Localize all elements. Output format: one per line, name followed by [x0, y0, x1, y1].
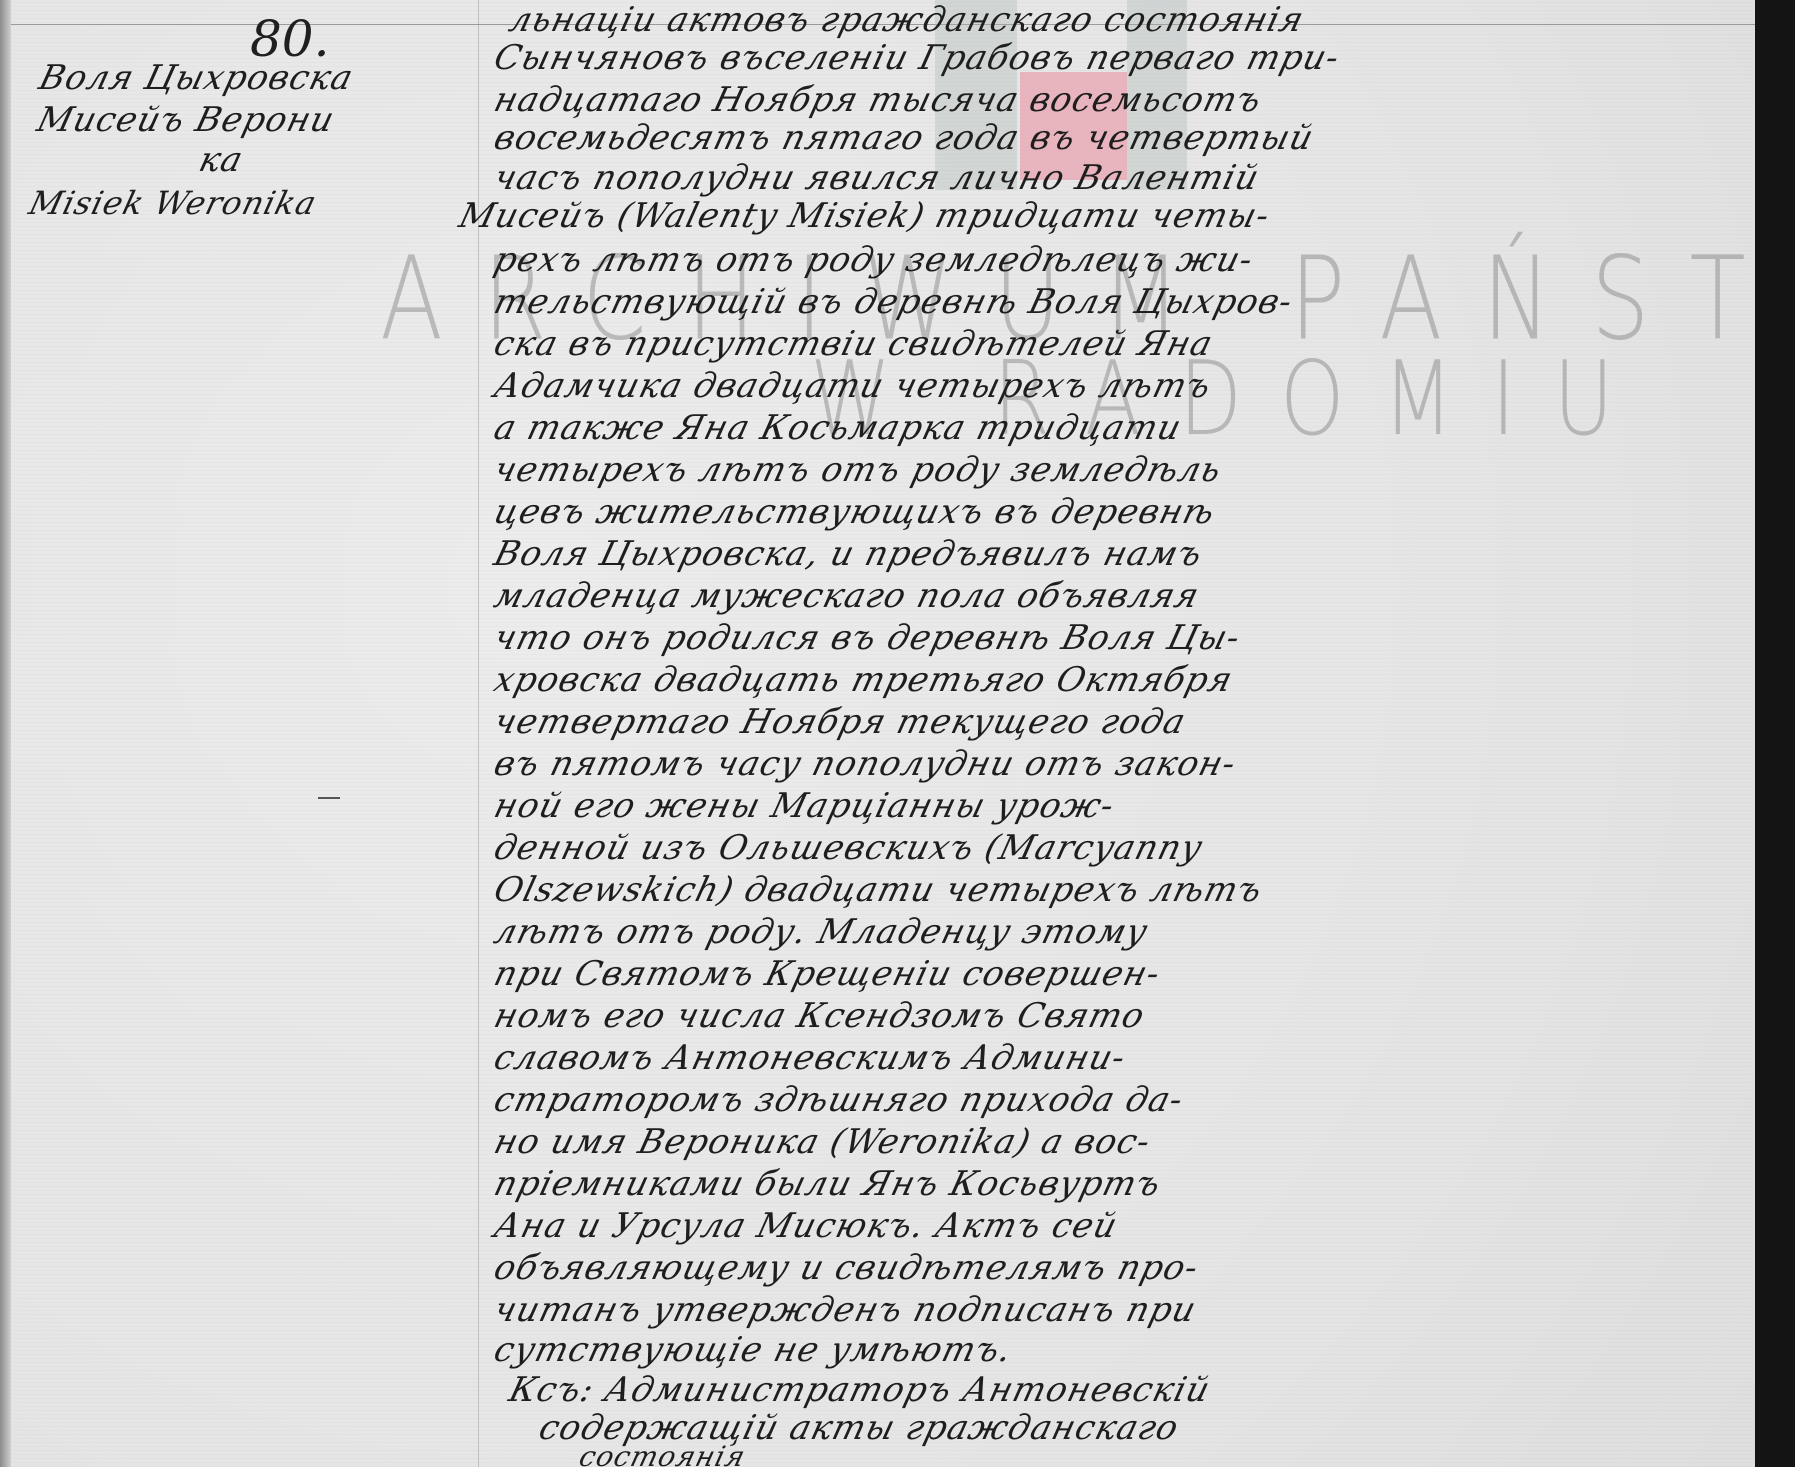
body-line: сутствующіе не умѣютъ. — [490, 1330, 1016, 1370]
body-line: денной изъ Ольшевскихъ (Marcyanny — [490, 828, 1207, 868]
body-line: цевъ жительствующихъ въ деревнѣ — [490, 492, 1219, 532]
body-line: четвертаго Ноября текущего года — [490, 702, 1190, 742]
body-line: Сынчяновъ въселеніи Грабовъ перваго три- — [490, 38, 1344, 78]
signature-title-end: состоянія — [576, 1440, 749, 1467]
body-line: Ана и Урсула Мисюкъ. Актъ сей — [490, 1206, 1122, 1246]
body-line: номъ его числа Ксендзомъ Свято — [490, 996, 1149, 1036]
body-line: читанъ утвержденъ подписанъ при — [490, 1290, 1201, 1330]
body-line: но имя Вероника (Weronika) а вос- — [490, 1122, 1155, 1162]
body-line: рехъ лѣтъ отъ роду земледѣлецъ жи- — [490, 240, 1258, 280]
body-line: страторомъ здѣшняго прихода да- — [490, 1080, 1188, 1120]
body-line: Адамчика двадцати четырехъ лѣтъ — [490, 366, 1216, 406]
margin-dash-mark — [318, 797, 340, 799]
body-line: а также Яна Косьмарка тридцати — [490, 408, 1186, 448]
margin-latin-name: Misiek Weronika — [25, 184, 321, 222]
body-line: славомъ Антоневскимъ Админи- — [490, 1038, 1130, 1078]
body-line: ска въ присутствіи свидѣтелей Яна — [490, 324, 1217, 364]
margin-village-name: Воля Цыхровска — [35, 58, 358, 98]
body-line: младенца мужескаго пола объявляя — [490, 576, 1204, 616]
body-line: надцатаго Ноября тысяча восемьсотъ — [490, 80, 1266, 120]
page-binding-edge — [0, 0, 11, 1467]
body-line: пріемниками были Янъ Косьвуртъ — [490, 1164, 1165, 1204]
body-line: объявляющему и свидѣтелямъ про- — [490, 1248, 1203, 1288]
body-line: при Святомъ Крещеніи совершен- — [490, 954, 1165, 994]
body-line: ной его жены Марціанны урож- — [490, 786, 1119, 826]
body-line: Воля Цыхровска, и предъявилъ намъ — [490, 534, 1207, 574]
body-line: лѣтъ отъ роду. Младенцу этому — [490, 912, 1152, 952]
body-line: тельствующій въ деревнѣ Воля Цыхров- — [490, 282, 1297, 322]
body-line: четырехъ лѣтъ отъ роду земледѣль — [490, 450, 1226, 490]
body-line: въ пятомъ часу пополудни отъ закон- — [490, 744, 1240, 784]
body-line: восемьдесятъ пятаго года въ четвертый — [490, 118, 1318, 158]
body-line: Olszewskich) двадцати четырехъ лѣтъ — [490, 870, 1267, 910]
body-line: хровска двадцать третьяго Октября — [490, 660, 1237, 700]
scan-right-border — [1755, 0, 1795, 1467]
margin-surname: Мисейъ Верони — [33, 100, 339, 140]
body-line: часъ пополудни явился лично Валентій — [490, 158, 1264, 198]
body-line: Мисейъ (Walenty Misiek) тридцати четы- — [455, 196, 1274, 236]
signature-line: Ксъ: Админиcтраторъ Антоневскій — [505, 1370, 1214, 1410]
body-line: льнаціи актовъ гражданскаго состоянія — [505, 0, 1308, 40]
body-line: что онъ родился въ деревнѣ Воля Цы- — [490, 618, 1245, 658]
